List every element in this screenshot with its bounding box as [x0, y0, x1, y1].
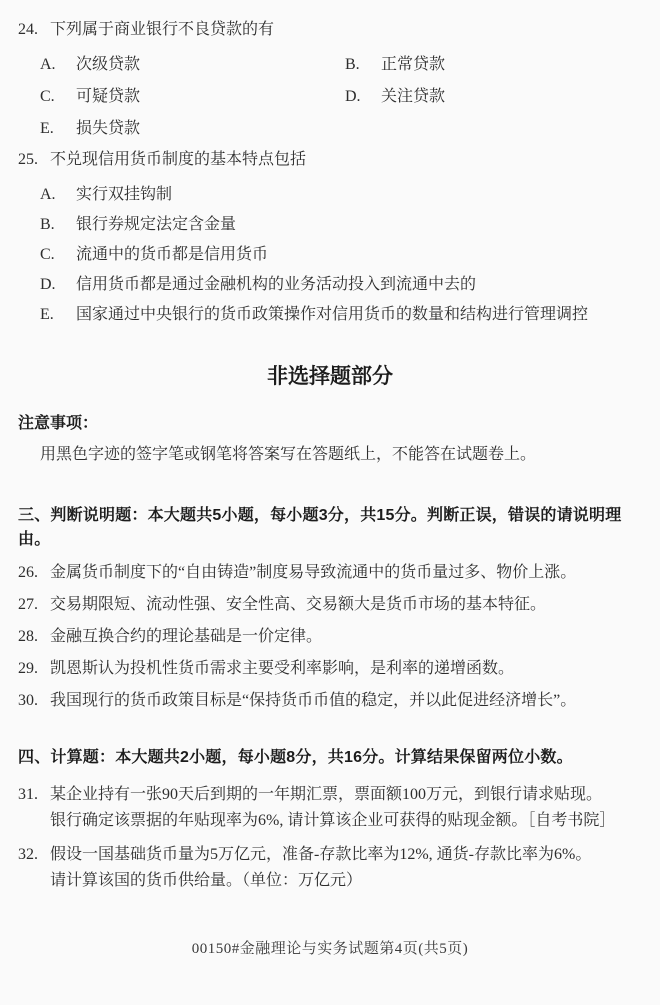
section-4: 四、计算题：本大题共2小题，每小题8分，共16分。计算结果保留两位小数。 31.… — [18, 746, 642, 894]
option-text: 实行双挂钩制 — [76, 184, 642, 206]
question-number: 30. — [18, 690, 50, 712]
notice-title: 注意事项： — [18, 412, 642, 436]
question-line: 某企业持有一张90天后到期的一年期汇票，票面额100万元，到银行请求贴现。 — [50, 786, 602, 803]
option-e: E. 损失贷款 — [40, 118, 345, 140]
option-label: A. — [40, 54, 76, 76]
question-number: 24. — [18, 18, 50, 42]
question-text: 交易期限短、流动性强、安全性高、交易额大是货币市场的基本特征。 — [50, 594, 642, 616]
notice-body: 用黑色字迹的签字笔或钢笔将答案写在答题纸上，不能答在试题卷上。 — [40, 444, 642, 466]
question-line: 假设一国基础货币量为5万亿元，准备-存款比率为12%, 通货-存款比率为6%。 — [50, 846, 591, 863]
section-4-heading: 四、计算题：本大题共2小题，每小题8分，共16分。计算结果保留两位小数。 — [18, 746, 642, 770]
notice-block: 注意事项： 用黑色字迹的签字笔或钢笔将答案写在答题纸上，不能答在试题卷上。 — [18, 412, 642, 466]
question-number: 25. — [18, 148, 50, 172]
question-number: 31. — [18, 782, 50, 834]
question-32: 32. 假设一国基础货币量为5万亿元，准备-存款比率为12%, 通货-存款比率为… — [18, 842, 642, 894]
option-d: D. 信用货币都是通过金融机构的业务活动投入到流通中去的 — [40, 274, 642, 296]
option-label: B. — [345, 54, 381, 76]
question-text: 假设一国基础货币量为5万亿元，准备-存款比率为12%, 通货-存款比率为6%。 … — [50, 842, 642, 894]
question-30: 30. 我国现行的货币政策目标是“保持货币币值的稳定，并以此促进经济增长”。 — [18, 690, 642, 712]
question-25-stem: 25. 不兑现信用货币制度的基本特点包括 — [18, 148, 642, 172]
option-label: A. — [40, 184, 76, 206]
question-24-options: A. 次级贷款 B. 正常贷款 C. 可疑贷款 D. 关注贷款 E. 损失贷款 — [40, 54, 642, 140]
question-25: 25. 不兑现信用货币制度的基本特点包括 A. 实行双挂钩制 B. 银行券规定法… — [18, 148, 642, 326]
question-27: 27. 交易期限短、流动性强、安全性高、交易额大是货币市场的基本特征。 — [18, 594, 642, 616]
option-text: 损失贷款 — [76, 118, 345, 140]
question-25-options: A. 实行双挂钩制 B. 银行券规定法定含金量 C. 流通中的货币都是信用货币 … — [40, 184, 642, 326]
option-label: D. — [40, 274, 76, 296]
question-text: 金融互换合约的理论基础是一价定律。 — [50, 626, 642, 648]
option-e: E. 国家通过中央银行的货币政策操作对信用货币的数量和结构进行管理调控 — [40, 304, 642, 326]
option-label: D. — [345, 86, 381, 108]
option-label: E. — [40, 118, 76, 140]
option-text: 流通中的货币都是信用货币 — [76, 244, 642, 266]
question-31: 31. 某企业持有一张90天后到期的一年期汇票，票面额100万元，到银行请求贴现… — [18, 782, 642, 834]
question-text: 不兑现信用货币制度的基本特点包括 — [50, 148, 642, 172]
question-number: 26. — [18, 562, 50, 584]
option-text: 可疑贷款 — [76, 86, 345, 108]
question-text: 下列属于商业银行不良贷款的有 — [50, 18, 642, 42]
option-b: B. 正常贷款 — [345, 54, 642, 76]
question-text: 我国现行的货币政策目标是“保持货币币值的稳定，并以此促进经济增长”。 — [50, 690, 642, 712]
question-number: 27. — [18, 594, 50, 616]
page-footer: 00150#金融理论与实务试题第4页(共5页) — [0, 938, 660, 960]
option-text: 次级贷款 — [76, 54, 345, 76]
question-line: 银行确定该票据的年贴现率为6%, 请计算该企业可获得的贴现金额。［自考书院］ — [50, 812, 615, 829]
question-26: 26. 金属货币制度下的“自由铸造”制度易导致流通中的货币量过多、物价上涨。 — [18, 562, 642, 584]
option-text: 国家通过中央银行的货币政策操作对信用货币的数量和结构进行管理调控 — [76, 304, 642, 326]
option-a: A. 实行双挂钩制 — [40, 184, 642, 206]
option-label: B. — [40, 214, 76, 236]
option-c: C. 流通中的货币都是信用货币 — [40, 244, 642, 266]
question-text: 某企业持有一张90天后到期的一年期汇票，票面额100万元，到银行请求贴现。 银行… — [50, 782, 642, 834]
exam-paper-page: 24. 下列属于商业银行不良贷款的有 A. 次级贷款 B. 正常贷款 C. 可疑… — [0, 0, 660, 1005]
option-text: 信用货币都是通过金融机构的业务活动投入到流通中去的 — [76, 274, 642, 296]
question-line: 请计算该国的货币供给量。（单位：万亿元） — [50, 872, 362, 889]
non-mc-section-heading: 非选择题部分 — [18, 364, 642, 390]
option-label: C. — [40, 244, 76, 266]
option-c: C. 可疑贷款 — [40, 86, 345, 108]
question-number: 28. — [18, 626, 50, 648]
option-text: 关注贷款 — [381, 86, 642, 108]
question-28: 28. 金融互换合约的理论基础是一价定律。 — [18, 626, 642, 648]
question-number: 32. — [18, 842, 50, 894]
question-text: 金属货币制度下的“自由铸造”制度易导致流通中的货币量过多、物价上涨。 — [50, 562, 642, 584]
question-text: 凯恩斯认为投机性货币需求主要受利率影响，是利率的递增函数。 — [50, 658, 642, 680]
option-text: 正常贷款 — [381, 54, 642, 76]
question-number: 29. — [18, 658, 50, 680]
option-text: 银行券规定法定含金量 — [76, 214, 642, 236]
question-24: 24. 下列属于商业银行不良贷款的有 A. 次级贷款 B. 正常贷款 C. 可疑… — [18, 18, 642, 140]
option-label: E. — [40, 304, 76, 326]
section-3: 三、判断说明题：本大题共5小题，每小题3分，共15分。判断正误，错误的请说明理由… — [18, 504, 642, 712]
option-label: C. — [40, 86, 76, 108]
question-24-stem: 24. 下列属于商业银行不良贷款的有 — [18, 18, 642, 42]
option-a: A. 次级贷款 — [40, 54, 345, 76]
question-29: 29. 凯恩斯认为投机性货币需求主要受利率影响，是利率的递增函数。 — [18, 658, 642, 680]
section-3-heading: 三、判断说明题：本大题共5小题，每小题3分，共15分。判断正误，错误的请说明理由… — [18, 504, 642, 552]
option-d: D. 关注贷款 — [345, 86, 642, 108]
option-b: B. 银行券规定法定含金量 — [40, 214, 642, 236]
